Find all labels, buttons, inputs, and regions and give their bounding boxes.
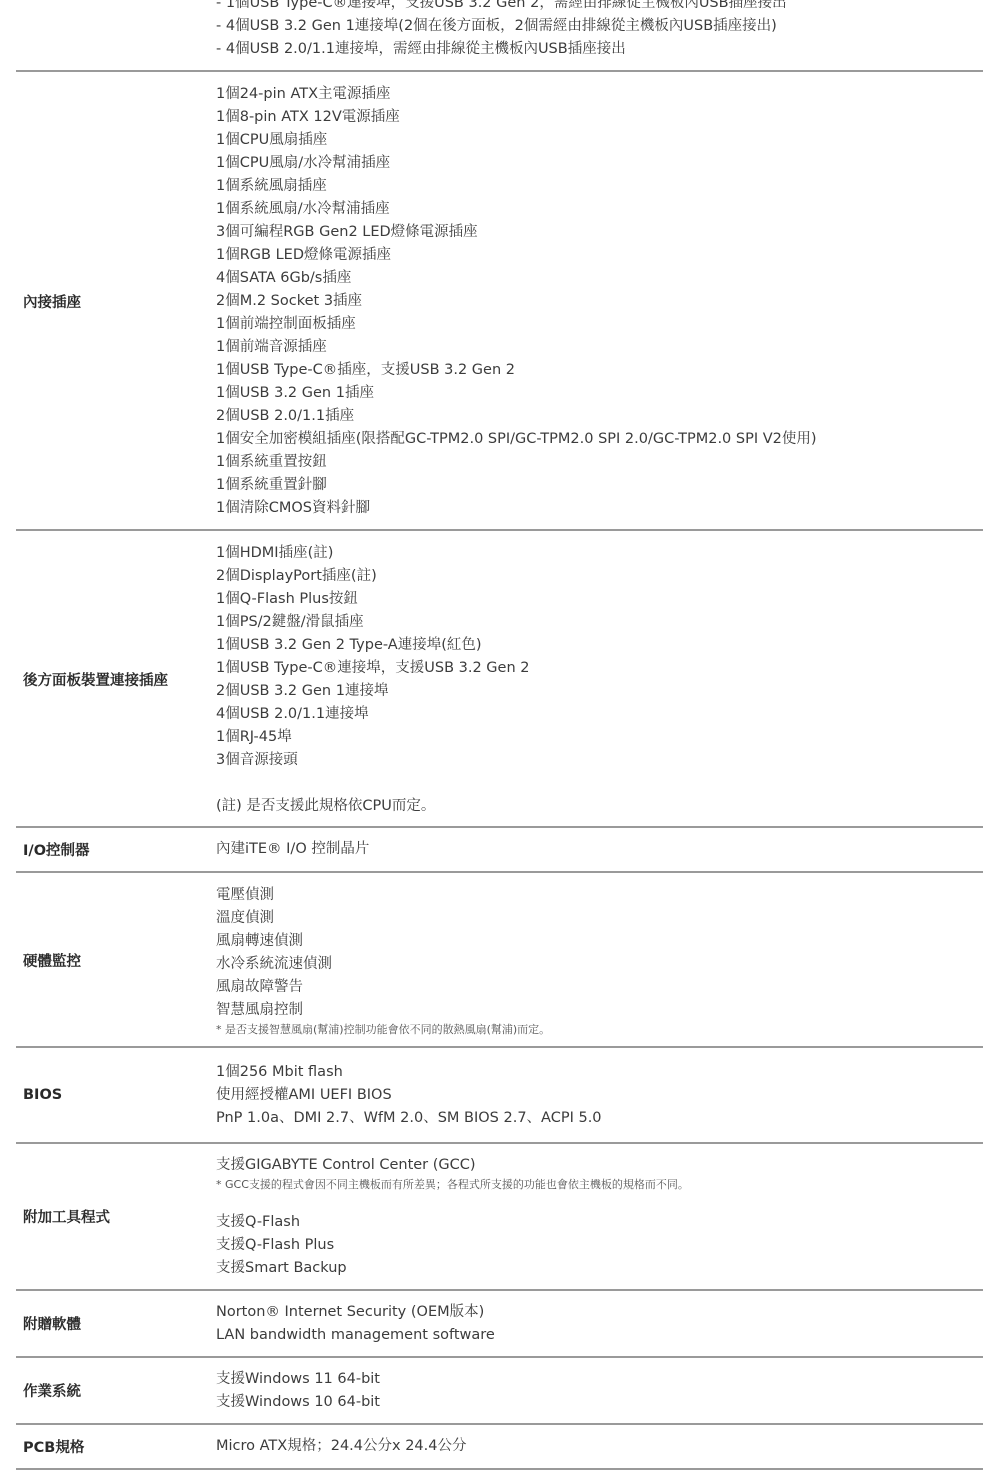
spec-value: 1個HDMI插座(註) 2個DisplayPort插座(註) 1個Q-Flash… — [216, 542, 983, 818]
spacer — [216, 772, 983, 795]
spec-value: Micro ATX規格；24.4公分x 24.4公分 — [216, 1435, 983, 1458]
spec-row-io-controller: I/O控制器 內建iTE® I/O 控制晶片 — [16, 826, 983, 871]
text-line: 1個USB 3.2 Gen 2 Type-A連接埠(紅色) — [216, 634, 983, 657]
spacer — [216, 1193, 983, 1211]
spec-label: 後方面板裝置連接插座 — [16, 669, 216, 690]
text-line: 1個系統風扇插座 — [216, 175, 983, 198]
spec-label: BIOS — [16, 1087, 216, 1103]
text-line: Norton® Internet Security (OEM版本) — [216, 1301, 983, 1324]
text-line: 支援Q-Flash Plus — [216, 1234, 983, 1257]
spec-value: 支援Windows 11 64-bit 支援Windows 10 64-bit — [216, 1368, 983, 1414]
spec-label: 硬體監控 — [16, 950, 216, 971]
spec-label: PCB規格 — [16, 1436, 216, 1457]
text-line: 智慧風扇控制 — [216, 999, 983, 1022]
text-line: PnP 1.0a、DMI 2.7、WfM 2.0、SM BIOS 2.7、ACP… — [216, 1107, 983, 1130]
text-line: 水冷系統流速偵測 — [216, 953, 983, 976]
text-line: 2個M.2 Socket 3插座 — [216, 290, 983, 313]
text-line: 1個前端控制面板插座 — [216, 313, 983, 336]
spec-row-utilities: 附加工具程式 支援GIGABYTE Control Center (GCC) *… — [16, 1142, 983, 1289]
text-line: 1個PS/2鍵盤/滑鼠插座 — [216, 611, 983, 634]
text-line: 1個USB Type-C®插座，支援USB 3.2 Gen 2 — [216, 359, 983, 382]
text-line: 3個可編程RGB Gen2 LED燈條電源插座 — [216, 221, 983, 244]
spec-value: 支援GIGABYTE Control Center (GCC) * GCC支援的… — [216, 1154, 983, 1280]
spec-value: Norton® Internet Security (OEM版本) LAN ba… — [216, 1301, 983, 1347]
text-line: 1個USB Type-C®連接埠，支援USB 3.2 Gen 2 — [216, 657, 983, 680]
text-line: 2個USB 2.0/1.1插座 — [216, 405, 983, 428]
text-line: 風扇轉速偵測 — [216, 930, 983, 953]
note-text: * GCC支援的程式會因不同主機板而有所差異；各程式所支援的功能也會依主機板的規… — [216, 1177, 983, 1193]
text-line: 1個安全加密模組插座(限搭配GC-TPM2.0 SPI/GC-TPM2.0 SP… — [216, 428, 983, 451]
spec-label: 附加工具程式 — [16, 1206, 216, 1227]
usb-continuation-text: - 1個USB Type-C®連接埠，支援USB 3.2 Gen 2，需經由排線… — [216, 0, 787, 61]
text-line: 電壓偵測 — [216, 884, 983, 907]
spec-label: 作業系統 — [16, 1380, 216, 1401]
spec-label: I/O控制器 — [16, 839, 216, 860]
text-line: - 4個USB 3.2 Gen 1連接埠(2個在後方面板，2個需經由排線從主機板… — [216, 15, 787, 38]
text-line: 1個USB 3.2 Gen 1插座 — [216, 382, 983, 405]
text-line: - 1個USB Type-C®連接埠，支援USB 3.2 Gen 2，需經由排線… — [216, 0, 787, 15]
spec-row-pcb: PCB規格 Micro ATX規格；24.4公分x 24.4公分 — [16, 1423, 983, 1470]
text-line: 3個音源接頭 — [216, 749, 983, 772]
text-line: 使用經授權AMI UEFI BIOS — [216, 1084, 983, 1107]
text-line: 風扇故障警告 — [216, 976, 983, 999]
spec-table: 內接插座 1個24-pin ATX主電源插座 1個8-pin ATX 12V電源… — [16, 70, 983, 1470]
text-line: 1個256 Mbit flash — [216, 1061, 983, 1084]
spec-label: 附贈軟體 — [16, 1313, 216, 1334]
text-line: 1個系統風扇/水冷幫浦插座 — [216, 198, 983, 221]
note-text: * 是否支援智慧風扇(幫浦)控制功能會依不同的散熱風扇(幫浦)而定。 — [216, 1022, 983, 1038]
text-line: 2個DisplayPort插座(註) — [216, 565, 983, 588]
spec-value: 1個24-pin ATX主電源插座 1個8-pin ATX 12V電源插座 1個… — [216, 83, 983, 520]
text-line: 1個Q-Flash Plus按鈕 — [216, 588, 983, 611]
spec-value: 電壓偵測 溫度偵測 風扇轉速偵測 水冷系統流速偵測 風扇故障警告 智慧風扇控制 … — [216, 884, 983, 1038]
text-line: 支援GIGABYTE Control Center (GCC) — [216, 1154, 983, 1177]
spec-value: 內建iTE® I/O 控制晶片 — [216, 838, 983, 861]
text-line: 1個RJ-45埠 — [216, 726, 983, 749]
text-line: 1個系統重置按鈕 — [216, 451, 983, 474]
text-line: 4個SATA 6Gb/s插座 — [216, 267, 983, 290]
text-line: 1個清除CMOS資料針腳 — [216, 497, 983, 520]
spec-row-rear-panel: 後方面板裝置連接插座 1個HDMI插座(註) 2個DisplayPort插座(註… — [16, 529, 983, 826]
spec-row-bundled-software: 附贈軟體 Norton® Internet Security (OEM版本) L… — [16, 1289, 983, 1356]
text-line: 1個24-pin ATX主電源插座 — [216, 83, 983, 106]
text-line: 1個系統重置針腳 — [216, 474, 983, 497]
text-line: 支援Smart Backup — [216, 1257, 983, 1280]
text-line: 1個HDMI插座(註) — [216, 542, 983, 565]
spec-row-hardware-monitor: 硬體監控 電壓偵測 溫度偵測 風扇轉速偵測 水冷系統流速偵測 風扇故障警告 智慧… — [16, 871, 983, 1046]
text-line: LAN bandwidth management software — [216, 1324, 983, 1347]
text-line: 內建iTE® I/O 控制晶片 — [216, 838, 983, 861]
spec-row-operating-system: 作業系統 支援Windows 11 64-bit 支援Windows 10 64… — [16, 1356, 983, 1423]
spec-value: 1個256 Mbit flash 使用經授權AMI UEFI BIOS PnP … — [216, 1061, 983, 1130]
text-line: 1個CPU風扇插座 — [216, 129, 983, 152]
text-line: 1個CPU風扇/水冷幫浦插座 — [216, 152, 983, 175]
spec-row-internal-connectors: 內接插座 1個24-pin ATX主電源插座 1個8-pin ATX 12V電源… — [16, 70, 983, 529]
spec-label: 內接插座 — [16, 291, 216, 312]
text-line: 1個前端音源插座 — [216, 336, 983, 359]
text-line: 2個USB 3.2 Gen 1連接埠 — [216, 680, 983, 703]
text-line: - 4個USB 2.0/1.1連接埠，需經由排線從主機板內USB插座接出 — [216, 38, 787, 61]
text-line: 支援Windows 10 64-bit — [216, 1391, 983, 1414]
text-line: Micro ATX規格；24.4公分x 24.4公分 — [216, 1435, 983, 1458]
footnote-text: (註) 是否支援此規格依CPU而定。 — [216, 795, 983, 818]
text-line: 溫度偵測 — [216, 907, 983, 930]
text-line: 1個8-pin ATX 12V電源插座 — [216, 106, 983, 129]
text-line: 支援Windows 11 64-bit — [216, 1368, 983, 1391]
spec-row-bios: BIOS 1個256 Mbit flash 使用經授權AMI UEFI BIOS… — [16, 1046, 983, 1142]
text-line: 支援Q-Flash — [216, 1211, 983, 1234]
text-line: 1個RGB LED燈條電源插座 — [216, 244, 983, 267]
text-line: 4個USB 2.0/1.1連接埠 — [216, 703, 983, 726]
